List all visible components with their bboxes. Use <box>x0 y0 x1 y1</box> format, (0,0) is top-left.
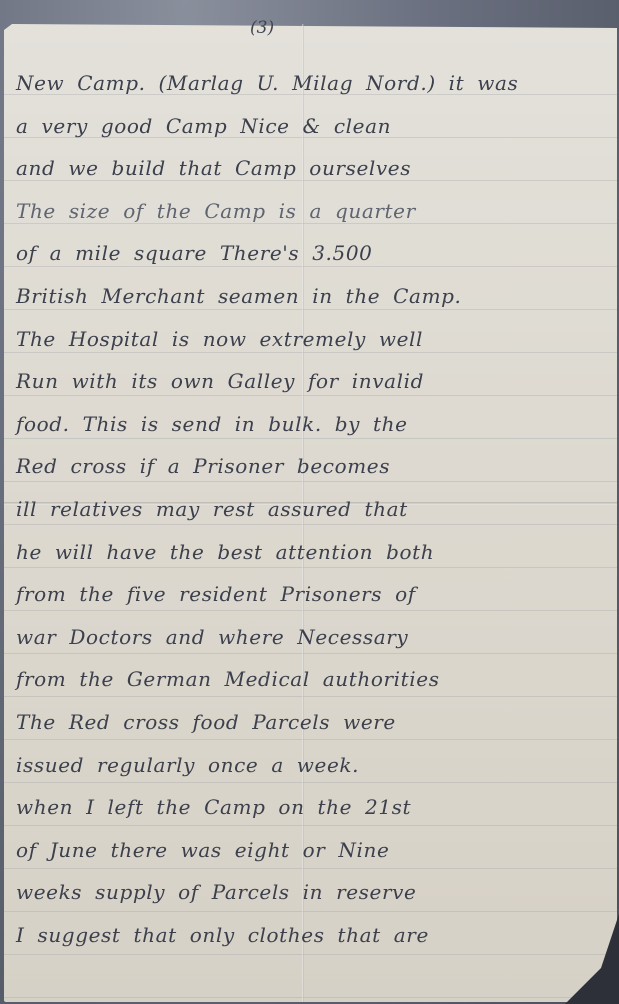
text-line: war Doctors and where Necessary <box>16 616 616 659</box>
text-line: and we build that Camp ourselves <box>16 147 616 190</box>
text-line: of a mile square There's 3.500 <box>16 232 616 275</box>
text-line: a very good Camp Nice & clean <box>16 105 616 148</box>
text-line: Red cross if a Prisoner becomes <box>16 445 616 488</box>
text-line: I suggest that only clothes that are <box>16 914 616 957</box>
text-line: The Hospital is now extremely well <box>16 318 616 361</box>
text-line: from the five resident Prisoners of <box>16 573 616 616</box>
text-line: New Camp. (Marlag U. Milag Nord.) it was <box>16 62 616 105</box>
text-line: he will have the best attention both <box>16 531 616 574</box>
text-line: weeks supply of Parcels in reserve <box>16 871 616 914</box>
text-line: The size of the Camp is a quarter <box>16 190 616 233</box>
page-number: (3) <box>250 18 274 38</box>
text-line: issued regularly once a week. <box>16 744 616 787</box>
text-line: from the German Medical authorities <box>16 658 616 701</box>
handwritten-text-block: New Camp. (Marlag U. Milag Nord.) it was… <box>16 62 616 956</box>
text-line: British Merchant seamen in the Camp. <box>16 275 616 318</box>
text-line: Run with its own Galley for invalid <box>16 360 616 403</box>
text-line: food. This is send in bulk. by the <box>16 403 616 446</box>
text-line: ill relatives may rest assured that <box>16 488 616 531</box>
text-line: of June there was eight or Nine <box>16 829 616 872</box>
text-line: when I left the Camp on the 21st <box>16 786 616 829</box>
text-line: The Red cross food Parcels were <box>16 701 616 744</box>
